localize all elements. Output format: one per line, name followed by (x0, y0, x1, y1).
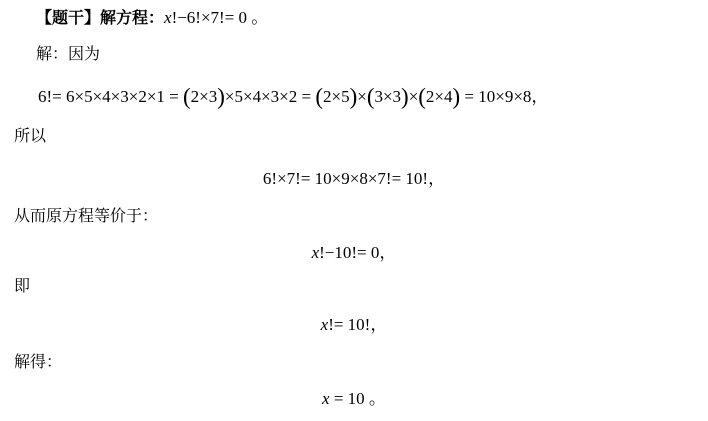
problem-equation: x!−6!×7!= 0 。 (164, 8, 268, 27)
product-equation: 6!×7!= 10×9×8×7!= 10!， (263, 169, 445, 188)
simplified-equation: x!= 10!， (321, 315, 388, 334)
equivalence-line: 从而原方程等价于： (0, 207, 708, 227)
problem-tag-label: 【题干】解方程： (36, 10, 164, 27)
answer-equation-variable: x (322, 389, 330, 408)
problem-equation-variable: x (164, 8, 172, 27)
solution-intro-line: 解：因为 (0, 45, 708, 65)
equivalent-equation-rest: !−10!= 0， (319, 243, 396, 262)
so-line: 所以 (0, 127, 708, 147)
that-is-label: 即 (14, 278, 30, 295)
answer-equation-line: x = 10 。 (0, 389, 708, 409)
product-equation-line: 6!×7!= 10×9×8×7!= 10!， (0, 169, 708, 189)
solution-intro-label: 解：因为 (36, 46, 100, 63)
expansion-equation-line: 6!= 6×5×4×3×2×1 = (2×3)×5×4×3×2 = (2×5)×… (0, 85, 708, 109)
equivalent-equation-line: x!−10!= 0， (0, 243, 708, 263)
solving-label: 解得： (14, 354, 62, 371)
answer-equation-rest: = 10 。 (330, 389, 386, 408)
expansion-equation: 6!= 6×5×4×3×2×1 = (2×3)×5×4×3×2 = (2×5)×… (38, 87, 548, 106)
simplified-equation-line: x!= 10!， (0, 315, 708, 335)
equivalence-label: 从而原方程等价于： (14, 208, 158, 225)
problem-statement-line: 【题干】解方程：x!−6!×7!= 0 。 (0, 8, 708, 28)
simplified-equation-rest: != 10!， (328, 315, 387, 334)
problem-equation-rest: !−6!×7!= 0 。 (172, 8, 269, 27)
solving-line: 解得： (0, 353, 708, 373)
so-label: 所以 (14, 128, 46, 145)
equivalent-equation-variable: x (312, 243, 320, 262)
that-is-line: 即 (0, 277, 708, 297)
answer-equation: x = 10 。 (322, 389, 386, 408)
equivalent-equation: x!−10!= 0， (312, 243, 397, 262)
math-solution-document: 【题干】解方程：x!−6!×7!= 0 。 解：因为 6!= 6×5×4×3×2… (0, 0, 708, 421)
